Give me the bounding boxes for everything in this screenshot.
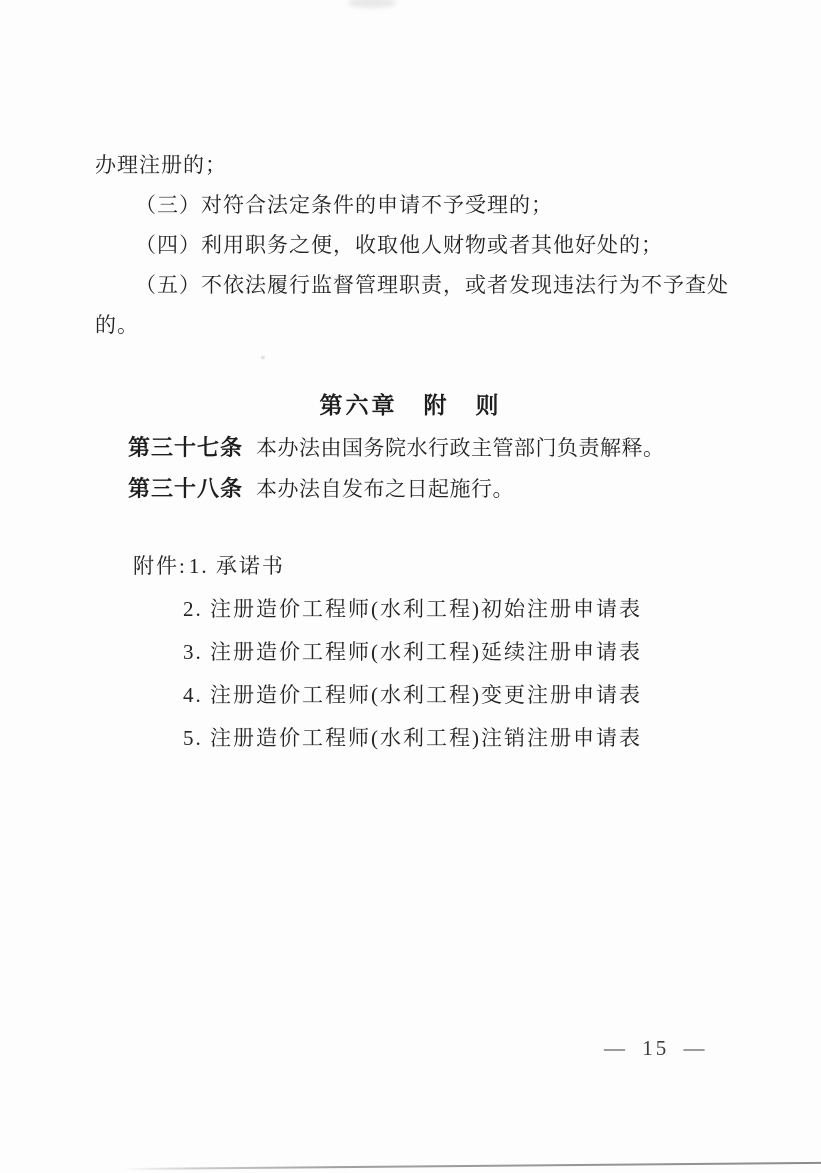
attachment-item: 2. 注册造价工程师(水利工程)初始注册申请表 xyxy=(133,588,753,631)
article-number: 第三十八条 xyxy=(128,476,243,501)
article-text: 本办法自发布之日起施行。 xyxy=(256,477,514,501)
attachment-item: 4. 注册造价工程师(水利工程)变更注册申请表 xyxy=(133,674,753,717)
scan-edge-line xyxy=(123,1162,821,1170)
scan-speck xyxy=(261,356,265,359)
article-row: 第三十七条本办法由国务院水行政主管部门负责解释。 xyxy=(128,427,768,468)
scan-smudge xyxy=(348,0,396,8)
paragraph-line: （三）对符合法定条件的申请不予受理的； xyxy=(95,185,735,225)
chapter-heading: 第六章 附 则 xyxy=(0,391,821,421)
attachment-row: 附件:1. 承诺书 xyxy=(133,545,753,588)
article-text: 本办法由国务院水行政主管部门负责解释。 xyxy=(256,436,665,460)
articles-section: 第三十七条本办法由国务院水行政主管部门负责解释。 第三十八条本办法自发布之日起施… xyxy=(128,427,768,509)
attachment-item: 5. 注册造价工程师(水利工程)注销注册申请表 xyxy=(133,717,753,760)
article-number: 第三十七条 xyxy=(128,435,243,460)
paragraph-line: （五）不依法履行监督管理职责，或者发现违法行为不予查处 xyxy=(95,265,735,305)
attachments-label: 附件: xyxy=(133,554,187,578)
page-number: — 15 — xyxy=(604,1036,708,1061)
paragraph-line: 的。 xyxy=(95,305,735,345)
document-page: 办理注册的； （三）对符合法定条件的申请不予受理的； （四）利用职务之便，收取他… xyxy=(0,0,821,1173)
body-paragraphs: 办理注册的； （三）对符合法定条件的申请不予受理的； （四）利用职务之便，收取他… xyxy=(95,145,735,345)
attachment-item: 3. 注册造价工程师(水利工程)延续注册申请表 xyxy=(133,631,753,674)
paragraph-line: （四）利用职务之便，收取他人财物或者其他好处的； xyxy=(95,225,735,265)
attachment-list: 附件:1. 承诺书 2. 注册造价工程师(水利工程)初始注册申请表 3. 注册造… xyxy=(133,545,753,760)
paragraph-line: 办理注册的； xyxy=(95,145,735,185)
article-row: 第三十八条本办法自发布之日起施行。 xyxy=(128,468,768,509)
attachment-item: 1. 承诺书 xyxy=(189,554,285,578)
